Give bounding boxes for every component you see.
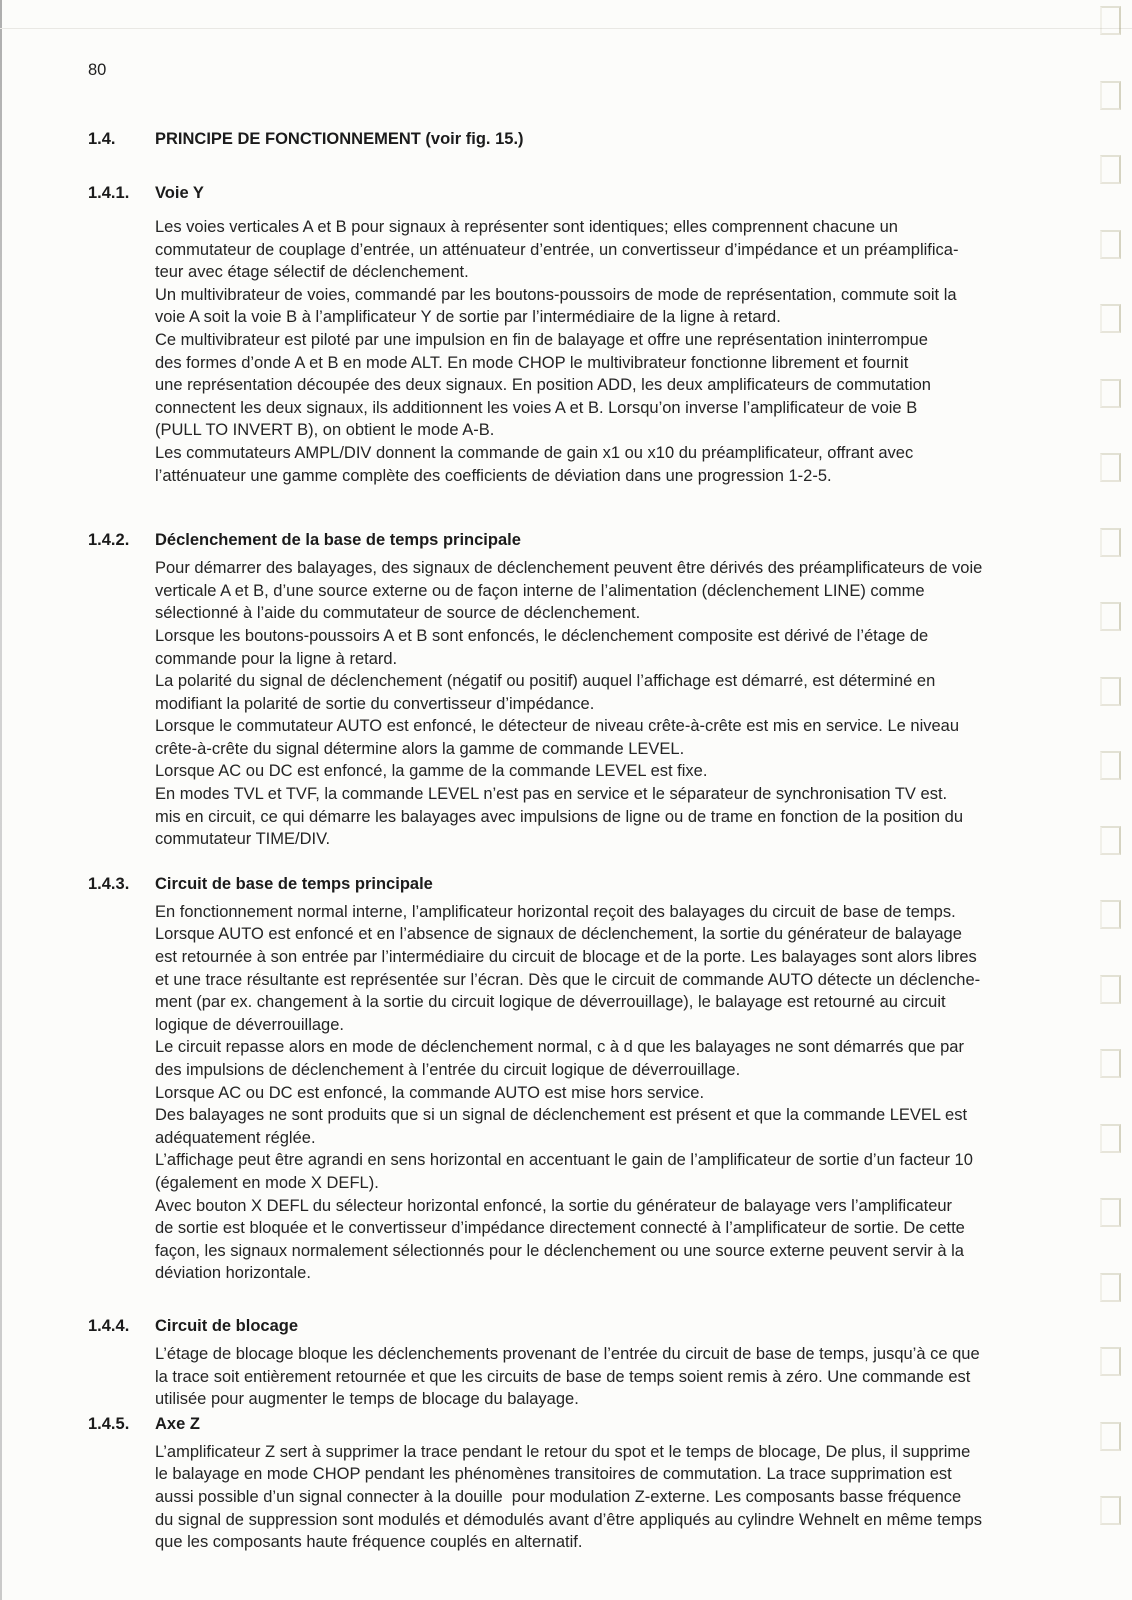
text-line: (également en mode X DEFL). <box>155 1172 1132 1195</box>
document-section: 1.4. PRINCIPE DE FONCTIONNEMENT (voir fi… <box>0 128 1132 150</box>
binder-hole-mark <box>1100 602 1121 631</box>
text-line: aussi possible d’un signal connecter à l… <box>155 1486 1132 1509</box>
section-paragraph: L’amplificateur Z sert à supprimer la tr… <box>155 1441 1132 1554</box>
binder-hole-mark <box>1100 826 1121 855</box>
text-line: Lorsque AUTO est enfoncé et en l’absence… <box>155 923 1132 946</box>
text-line: Les voies verticales A et B pour signaux… <box>155 216 1132 239</box>
text-line: Ce multivibrateur est piloté par une imp… <box>155 329 1132 352</box>
text-line: déviation horizontale. <box>155 1262 1132 1285</box>
text-line: le balayage en mode CHOP pendant les phé… <box>155 1463 1132 1486</box>
text-line: L’étage de blocage bloque les déclenchem… <box>155 1343 1132 1366</box>
text-line: une représentation découpée des deux sig… <box>155 374 1132 397</box>
binder-hole-mark <box>1100 6 1121 35</box>
text-line: (PULL TO INVERT B), on obtient le mode A… <box>155 419 1132 442</box>
text-line: La polarité du signal de déclenchement (… <box>155 670 1132 693</box>
section-heading: 1.4.1. Voie Y <box>0 182 1132 204</box>
section-paragraph: En fonctionnement normal interne, l’ampl… <box>155 901 1132 1285</box>
text-line: Le circuit repasse alors en mode de décl… <box>155 1036 1132 1059</box>
text-line: connectent les deux signaux, ils additio… <box>155 397 1132 420</box>
section-number: 1.4.5. <box>88 1413 155 1435</box>
binder-hole-mark <box>1100 528 1121 557</box>
text-line: L’amplificateur Z sert à supprimer la tr… <box>155 1441 1132 1464</box>
text-line: Lorsque AC ou DC est enfoncé, la gamme d… <box>155 760 1132 783</box>
text-line: mis en circuit, ce qui démarre les balay… <box>155 806 1132 829</box>
binder-hole-mark <box>1100 900 1121 929</box>
section-title: Axe Z <box>155 1413 200 1435</box>
text-line: crête-à-crête du signal détermine alors … <box>155 738 1132 761</box>
document-section: 1.4.3. Circuit de base de temps principa… <box>0 873 1132 1285</box>
text-line: façon, les signaux normalement sélection… <box>155 1240 1132 1263</box>
text-line: Lorsque le commutateur AUTO est enfoncé,… <box>155 715 1132 738</box>
text-line: Un multivibrateur de voies, commandé par… <box>155 284 1132 307</box>
section-heading: 1.4.4. Circuit de blocage <box>0 1315 1132 1337</box>
section-number: 1.4.4. <box>88 1315 155 1337</box>
text-line: commutateur TIME/DIV. <box>155 828 1132 851</box>
section-title: Voie Y <box>155 182 204 204</box>
text-line: En fonctionnement normal interne, l’ampl… <box>155 901 1132 924</box>
document-page: 80 1.4. PRINCIPE DE FONCTIONNEMENT (voir… <box>0 0 1132 1600</box>
text-line: L’affichage peut être agrandi en sens ho… <box>155 1149 1132 1172</box>
section-number: 1.4.1. <box>88 182 155 204</box>
section-number: 1.4.3. <box>88 873 155 895</box>
document-section: 1.4.4. Circuit de blocage L’étage de blo… <box>0 1315 1132 1411</box>
text-line: des formes d’onde A et B en mode ALT. En… <box>155 352 1132 375</box>
text-line: du signal de suppression sont modulés et… <box>155 1509 1132 1532</box>
text-line: adéquatement réglée. <box>155 1127 1132 1150</box>
document-section: 1.4.2. Déclenchement de la base de temps… <box>0 529 1132 851</box>
text-line: la trace soit entièrement retournée et q… <box>155 1366 1132 1389</box>
document-section: 1.4.5. Axe Z L’amplificateur Z sert à su… <box>0 1413 1132 1554</box>
text-line: l’atténuateur une gamme complète des coe… <box>155 465 1132 488</box>
binder-hole-mark <box>1100 975 1121 1004</box>
text-line: et une trace résultante est représentée … <box>155 969 1132 992</box>
text-line: des impulsions de déclenchement à l’entr… <box>155 1059 1132 1082</box>
text-line: Lorsque les boutons-poussoirs A et B son… <box>155 625 1132 648</box>
section-paragraph: Les voies verticales A et B pour signaux… <box>155 216 1132 487</box>
binder-hole-mark <box>1100 304 1121 333</box>
section-heading: 1.4.5. Axe Z <box>0 1413 1132 1435</box>
binder-hole-mark <box>1100 1422 1121 1451</box>
document-section: 1.4.1. Voie Y Les voies verticales A et … <box>0 182 1132 487</box>
text-line: modifiant la polarité de sortie du conve… <box>155 693 1132 716</box>
binder-hole-mark <box>1100 230 1121 259</box>
binder-hole-mark <box>1100 751 1121 780</box>
binder-hole-mark <box>1100 1347 1121 1376</box>
text-line: est retournée à son entrée par l’intermé… <box>155 946 1132 969</box>
page-left-edge-line <box>0 0 2 1600</box>
text-line: commutateur de couplage d’entrée, un att… <box>155 239 1132 262</box>
text-line: ment (par ex. changement à la sortie du … <box>155 991 1132 1014</box>
section-number: 1.4. <box>88 128 155 150</box>
text-line: Avec bouton X DEFL du sélecteur horizont… <box>155 1195 1132 1218</box>
text-line: de sortie est bloquée et le convertisseu… <box>155 1217 1132 1240</box>
binder-hole-mark <box>1100 1273 1121 1302</box>
binder-hole-mark <box>1100 677 1121 706</box>
section-title: Circuit de base de temps principale <box>155 873 433 895</box>
scan-artifact-line <box>0 28 1132 29</box>
text-line: sélectionné à l’aide du commutateur de s… <box>155 602 1132 625</box>
document-sections: 1.4. PRINCIPE DE FONCTIONNEMENT (voir fi… <box>0 128 1132 1554</box>
text-line: que les composants haute fréquence coupl… <box>155 1531 1132 1554</box>
page-number: 80 <box>88 0 1132 80</box>
text-line: Des balayages ne sont produits que si un… <box>155 1104 1132 1127</box>
section-heading: 1.4.3. Circuit de base de temps principa… <box>0 873 1132 895</box>
binder-hole-mark <box>1100 379 1121 408</box>
text-line: utilisée pour augmenter le temps de bloc… <box>155 1388 1132 1411</box>
section-paragraph: Pour démarrer des balayages, des signaux… <box>155 557 1132 851</box>
section-title: Circuit de blocage <box>155 1315 298 1337</box>
binder-hole-mark <box>1100 1124 1121 1153</box>
binder-hole-mark <box>1100 81 1121 110</box>
section-title: Déclenchement de la base de temps princi… <box>155 529 521 551</box>
text-line: commande pour la ligne à retard. <box>155 648 1132 671</box>
section-heading: 1.4.2. Déclenchement de la base de temps… <box>0 529 1132 551</box>
text-line: voie A soit la voie B à l’amplificateur … <box>155 306 1132 329</box>
section-heading: 1.4. PRINCIPE DE FONCTIONNEMENT (voir fi… <box>0 128 1132 150</box>
text-line: verticale A et B, d’une source externe o… <box>155 580 1132 603</box>
binder-hole-mark <box>1100 1496 1121 1525</box>
text-line: Les commutateurs AMPL/DIV donnent la com… <box>155 442 1132 465</box>
binder-hole-mark <box>1100 1049 1121 1078</box>
section-number: 1.4.2. <box>88 529 155 551</box>
text-line: teur avec étage sélectif de déclenchemen… <box>155 261 1132 284</box>
section-paragraph: L’étage de blocage bloque les déclenchem… <box>155 1343 1132 1411</box>
text-line: logique de déverrouillage. <box>155 1014 1132 1037</box>
binder-hole-mark <box>1100 453 1121 482</box>
text-line: Pour démarrer des balayages, des signaux… <box>155 557 1132 580</box>
binder-hole-mark <box>1100 1198 1121 1227</box>
binder-hole-mark <box>1100 155 1121 184</box>
section-title: PRINCIPE DE FONCTIONNEMENT (voir fig. 15… <box>155 128 524 150</box>
text-line: Lorsque AC ou DC est enfoncé, la command… <box>155 1082 1132 1105</box>
text-line: En modes TVL et TVF, la commande LEVEL n… <box>155 783 1132 806</box>
